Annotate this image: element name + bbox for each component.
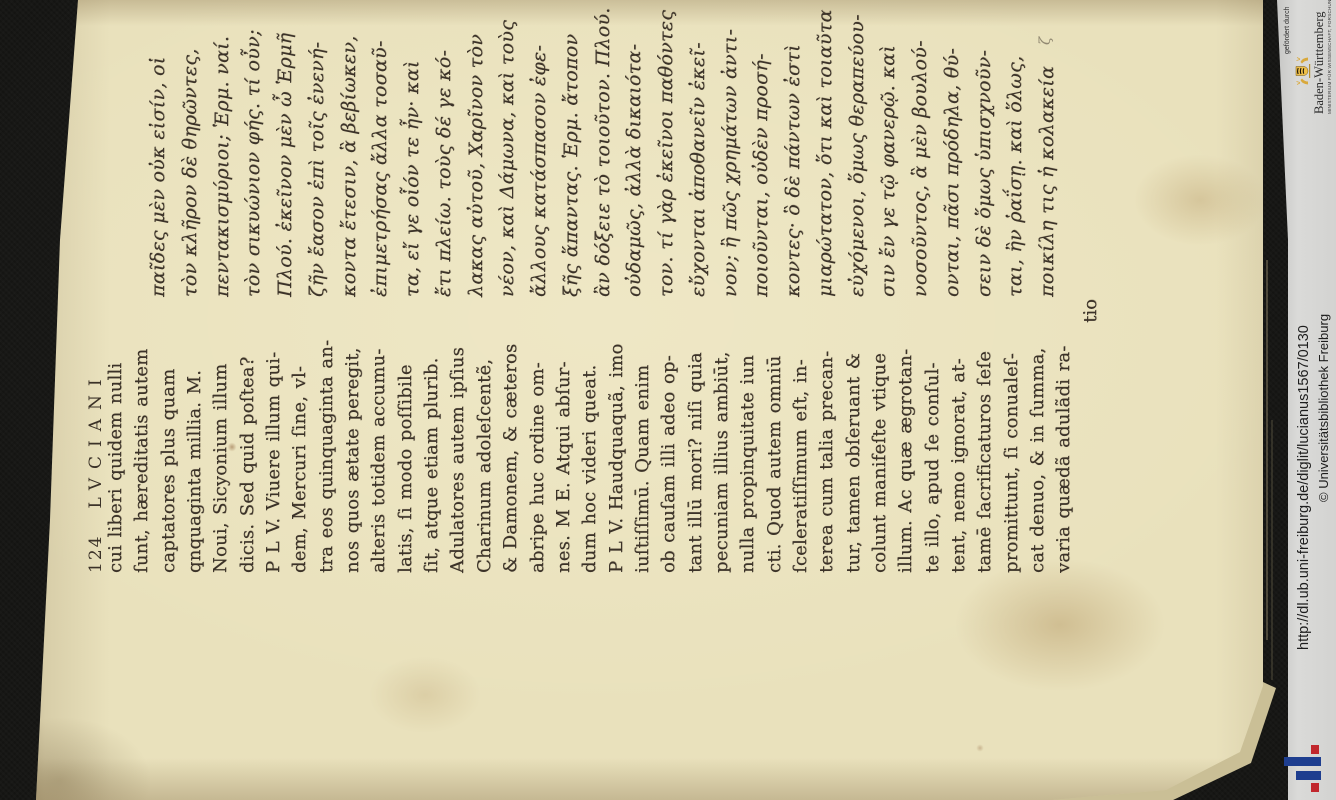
- funding-ministry: MINISTERIUM FÜR WISSENSCHAFT, FORSCHUNG …: [1327, 2, 1333, 114]
- greek-line: λακας αὐτοῦ, Χαρῖνον τὸν: [461, 13, 493, 297]
- latin-line: P L V. Viuere illum qui-: [261, 299, 287, 573]
- greek-line: τὸν σικυώνιον φής. τί οὖν;: [238, 13, 270, 297]
- greek-line: νον; ἢ πῶς χρημάτων ἀντι-: [715, 13, 747, 297]
- latin-line: ob cauſam illi adeo op-: [656, 299, 682, 573]
- logo-red-square: [1311, 745, 1319, 754]
- greek-line: Πλού. ἐκεῖνον μὲν ὦ Ἑρμῆ: [270, 13, 302, 297]
- latin-line: tamē ſacrificaturos ſeſe: [972, 299, 998, 573]
- latin-line: latis, ſi modo poſſibile: [393, 299, 419, 573]
- greek-line: σιν ἔν γε τῷ φανερῷ. καὶ: [873, 13, 905, 297]
- text-columns: cui liberi quidem nulliſunt, hæreditatis…: [88, 13, 1104, 585]
- latin-lines: cui liberi quidem nulliſunt, hæreditatis…: [103, 299, 1078, 573]
- funding-credit: gefördert durch Baden-Württemberg MINIST…: [1283, 2, 1335, 122]
- greek-line: νοσοῦντος, ἃ μὲν βουλού-: [905, 13, 937, 297]
- latin-line: alteris totidem accumu-: [366, 299, 392, 573]
- greek-line: τὸν κλῆρον δὲ θηρῶντες,: [175, 13, 207, 297]
- latin-line: & Damonem, & cæteros: [498, 299, 524, 573]
- latin-line: tra eos quinquaginta an-: [314, 299, 340, 573]
- latin-line: qnquaginta millia. M.: [182, 299, 208, 573]
- funding-label: gefördert durch: [1283, 2, 1292, 54]
- latin-line: captatores plus quam: [156, 299, 182, 573]
- greek-column: παῖδες μὲν οὐκ εἰσίν, οἱτὸν κλῆρον δὲ θη…: [88, 13, 1104, 299]
- logo-blue-bar: [1284, 757, 1321, 766]
- baden-wuerttemberg-crest-icon: [1292, 54, 1312, 88]
- greek-line: πεντακισμύριοι; Ἑρμ. ναί.: [207, 13, 239, 297]
- latin-line: Adulatores autem ipſius: [445, 299, 471, 573]
- latin-line: promittunt, ſi conualeſ-: [999, 299, 1025, 573]
- latin-line: Noui, Sicyonium illum: [208, 299, 234, 573]
- latin-line: nulla propinquitate iun: [735, 299, 761, 573]
- latin-line: pecuniam illius ambiūt,: [709, 299, 735, 573]
- latin-line: varia quædã adulãdi ra-: [1051, 299, 1077, 573]
- greek-line: νέον, καὶ Δάμωνα, καὶ τοὺς: [492, 13, 524, 297]
- latin-line: nos quos ætate peregit,: [340, 299, 366, 573]
- latin-line: tant illū mori? niſi quia: [683, 299, 709, 573]
- latin-column: cui liberi quidem nulliſunt, hæreditatis…: [88, 299, 1104, 585]
- greek-line: εὐχόμενοι, ὅμως θεραπεύου-: [842, 13, 874, 297]
- greek-line: τον. τί γὰρ ἐκεῖνοι παθόντες: [651, 13, 683, 297]
- latin-line: abripe huc ordine om-: [525, 299, 551, 573]
- catchword: tio: [1078, 299, 1104, 573]
- latin-line: dem, Mercuri ſine, vl-: [287, 299, 313, 573]
- greek-line: εὔχονται ἀποθανεῖν ἐκεῖ-: [683, 13, 715, 297]
- latin-line: illum. Ac quæ ægrotan-: [893, 299, 919, 573]
- latin-line: Charinum adoleſcentẽ,: [472, 299, 498, 573]
- copyright-caption: © Universitätsbibliothek Freiburg: [1314, 230, 1333, 502]
- latin-line: tent, nemo ignorat, at-: [946, 299, 972, 573]
- greek-line: ονται, πᾶσι πρόδηλα, θύ-: [937, 13, 969, 297]
- greek-line: σειν δὲ ὅμως ὑπισχνοῦν-: [969, 13, 1001, 297]
- crest-row: [1292, 2, 1312, 88]
- greek-line: ἐπιμετρήσας ἄλλα τοσαῦ-: [365, 13, 397, 297]
- greek-line: μιαρώτατον, ὅτι καὶ τοιαῦτα: [810, 13, 842, 297]
- greek-line: ποιοῦνται, οὐδὲν προσή-: [746, 13, 778, 297]
- latin-line: dum hoc videri queat.: [577, 299, 603, 573]
- latin-line: ſunt, hæreditatis autem: [129, 299, 155, 573]
- latin-line: cat denuo, & in ſumma,: [1025, 299, 1051, 573]
- logo-blue-bar: [1296, 771, 1321, 780]
- greek-line: ξῆς ἅπαντας. Ἑρμ. ἄτοπον: [556, 13, 588, 297]
- latin-line: iuſtiſſimū. Quam enim: [630, 299, 656, 573]
- ink-mark: ζ: [1036, 37, 1054, 45]
- latin-line: terea cum talia precan-: [814, 299, 840, 573]
- greek-line: ἂν δόξειε τὸ τοιοῦτον. Πλού.: [588, 13, 620, 297]
- latin-line: dicis. Sed quid poſtea?: [235, 299, 261, 573]
- greek-line: ἄλλους κατάσπασον ἐφε-: [524, 13, 556, 297]
- source-url-caption: http://dl.ub.uni-freiburg.de/diglit/luci…: [1294, 230, 1314, 650]
- latin-line: colunt manifeſte vtique: [867, 299, 893, 573]
- page-text-block: 124LVCIANI cui liberi quidem nulliſunt, …: [88, 13, 1086, 585]
- greek-line: κοντες· ὃ δὲ πάντων ἐστὶ: [778, 13, 810, 297]
- latin-line: tur, tamen obſeruant &: [841, 299, 867, 573]
- page-stack-edge: [1266, 260, 1268, 640]
- greek-line: ται, ἢν ῥαΐσῃ. καὶ ὅλως,: [1000, 13, 1032, 297]
- page-stack-edge: [1271, 420, 1273, 680]
- funding-name: Baden-Württemberg: [1312, 2, 1327, 114]
- latin-line: ſit, atque etiam plurib.: [419, 299, 445, 573]
- latin-line: cui liberi quidem nulli: [103, 299, 129, 573]
- latin-line: cti. Quod autem omniū: [762, 299, 788, 573]
- greek-line: ποικίλη τις ἡ κολακεία: [1032, 13, 1064, 297]
- latin-line: ſceleratiſſimum eſt, in-: [788, 299, 814, 573]
- caption-block: http://dl.ub.uni-freiburg.de/diglit/luci…: [1294, 230, 1334, 650]
- latin-line: te illo, apud ſe conſul-: [920, 299, 946, 573]
- latin-line: P L V. Haudquaquã, imo: [604, 299, 630, 573]
- greek-lines: παῖδες μὲν οὐκ εἰσίν, οἱτὸν κλῆρον δὲ θη…: [143, 13, 1064, 297]
- greek-line: κοντα ἔτεσιν, ἃ βεβίωκεν,: [334, 13, 366, 297]
- book-page-scan: 124LVCIANI cui liberi quidem nulliſunt, …: [0, 0, 1336, 800]
- greek-line: τα, εἴ γε οἷόν τε ἦν· καὶ: [397, 13, 429, 297]
- greek-line: ζῆν ἔασον ἐπὶ τοῖς ἐνενή-: [302, 13, 334, 297]
- latin-line: nes. M E. Atqui abſur-: [551, 299, 577, 573]
- greek-line: παῖδες μὲν οὐκ εἰσίν, οἱ: [143, 13, 175, 297]
- logo-red-square: [1311, 783, 1319, 792]
- greek-line: οὐδαμῶς, ἀλλὰ δικαιότα-: [619, 13, 651, 297]
- greek-line: ἔτι πλείω. τοὺς δέ γε κό-: [429, 13, 461, 297]
